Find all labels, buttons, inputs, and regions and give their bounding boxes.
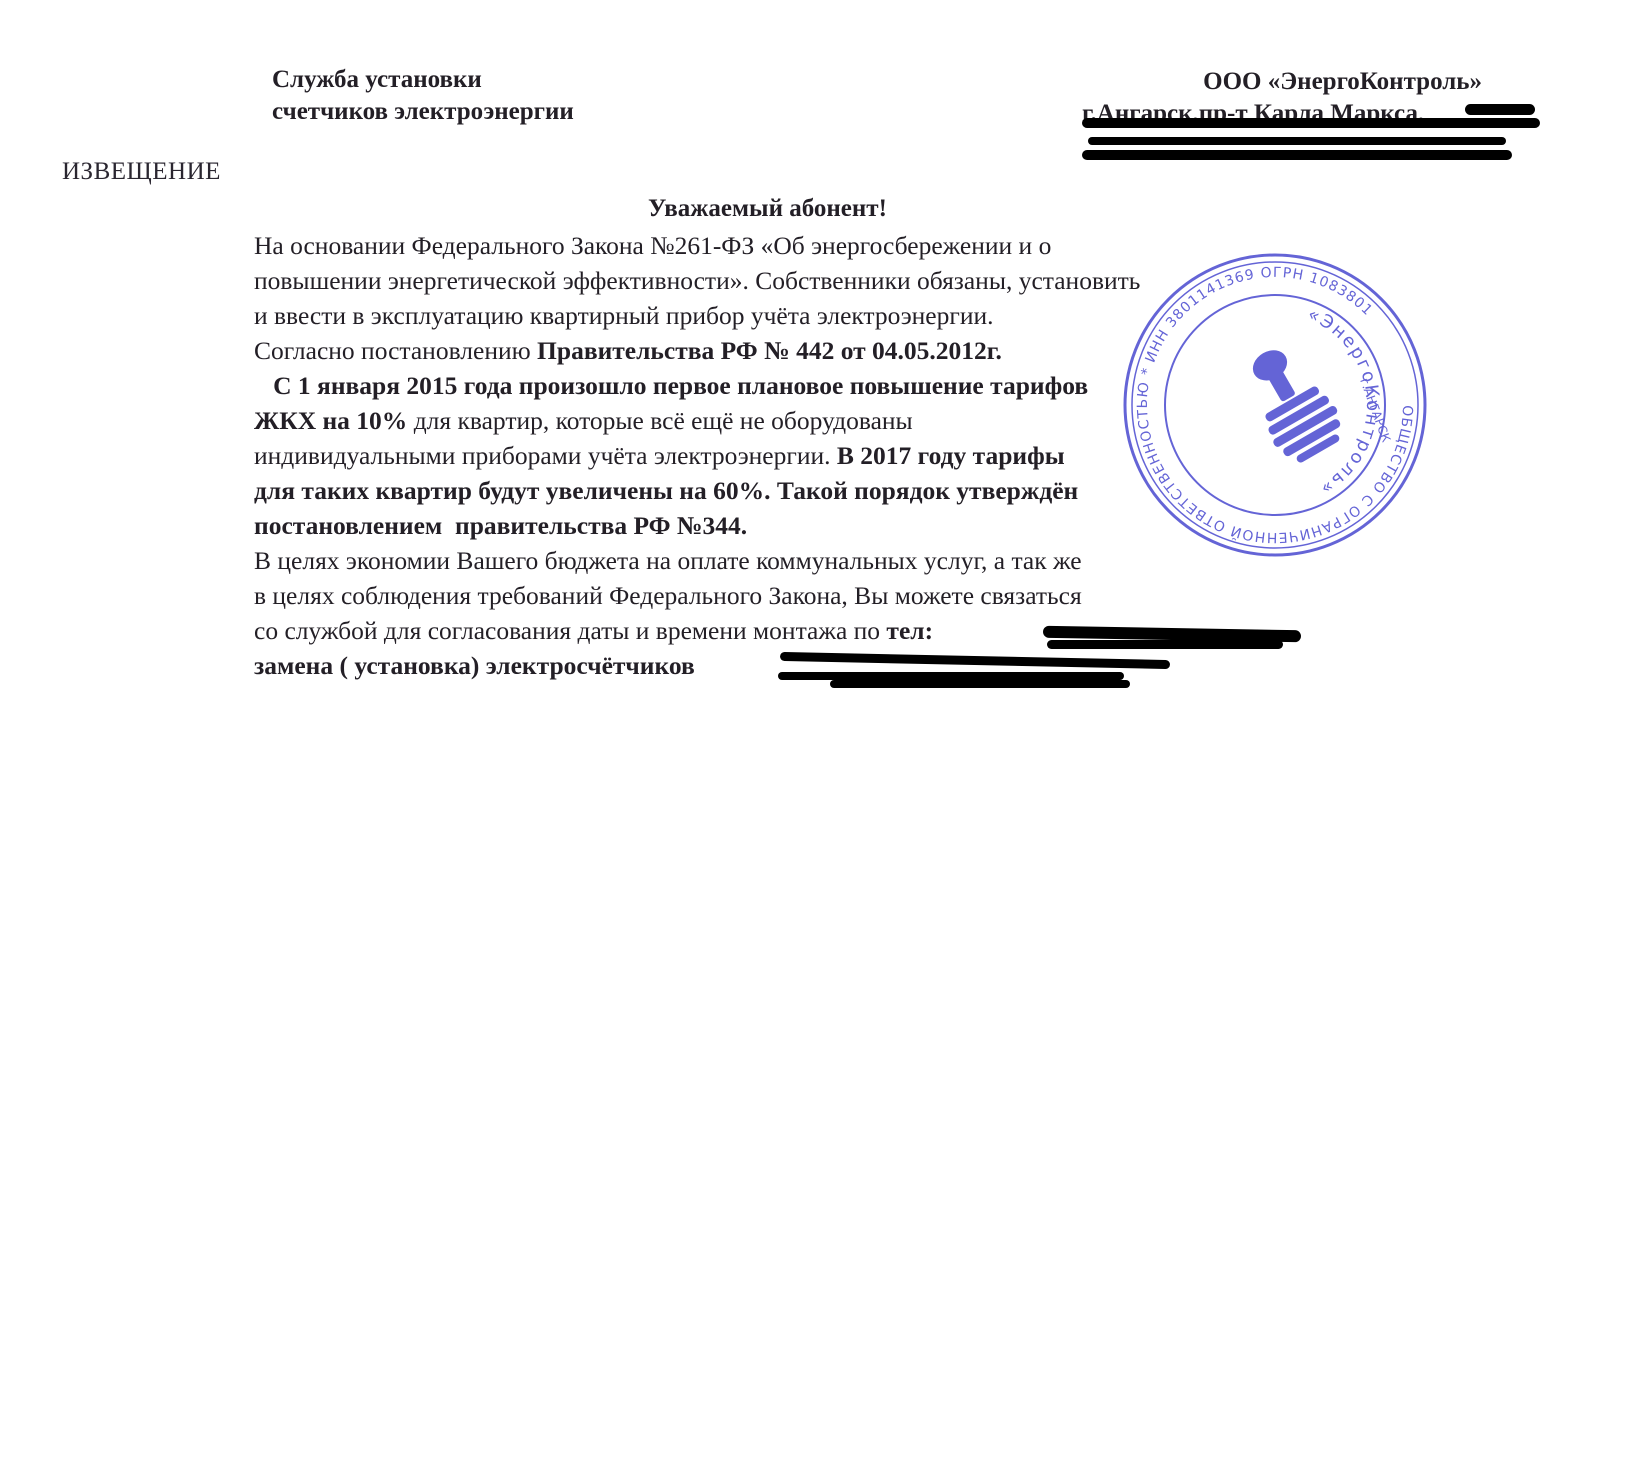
- body-text-plain: Согласно постановлению: [254, 336, 537, 365]
- body-line-8: для таких квартир будут увеличены на 60%…: [254, 473, 1140, 508]
- body-line-2: повышении энергетической эффективности».…: [254, 263, 1140, 298]
- body-line-5: С 1 января 2015 года произошло первое пл…: [254, 368, 1140, 403]
- body-line-9: постановлением правительства РФ №344.: [254, 508, 1140, 543]
- phone-label: тел:: [886, 616, 933, 645]
- service-description: замена ( установка) электросчётчиков: [254, 651, 695, 680]
- decree-reference: Правительства РФ № 442 от 04.05.2012г.: [537, 336, 1002, 365]
- service-name: Служба установки счетчиков электроэнерги…: [272, 64, 574, 128]
- greeting: Уважаемый абонент!: [648, 195, 887, 223]
- tariff-percent-60: для таких квартир будут увеличены на 60%…: [254, 476, 1078, 505]
- redaction-bar: [1088, 137, 1506, 145]
- redaction-bar: [1082, 150, 1512, 160]
- redaction-bar: [1082, 118, 1540, 128]
- tariff-percent-10: ЖКХ на 10%: [254, 406, 407, 435]
- body-line-7: индивидуальными приборами учёта электроэ…: [254, 438, 1140, 473]
- body-text-plain: для квартир, которые всё ещё не оборудов…: [407, 406, 912, 435]
- body-line-10: В целях экономии Вашего бюджета на оплат…: [254, 543, 1140, 578]
- body-line-6: ЖКХ на 10% для квартир, которые всё ещё …: [254, 403, 1140, 438]
- body-text-plain: со службой для согласования даты и време…: [254, 616, 886, 645]
- body-line-11: в целях соблюдения требований Федерально…: [254, 578, 1140, 613]
- tariff-2017: В 2017 году тарифы: [837, 441, 1065, 470]
- body-line-12: со службой для согласования даты и време…: [254, 613, 1140, 648]
- redaction-name: [778, 672, 1124, 680]
- service-name-line2: счетчиков электроэнергии: [272, 96, 574, 128]
- body-text: На основании Федерального Закона №261-ФЗ…: [254, 228, 1140, 683]
- notice-label: ИЗВЕЩЕНИЕ: [62, 158, 221, 186]
- body-text-plain: индивидуальными приборами учёта электроэ…: [254, 441, 837, 470]
- redaction-phone: [1047, 640, 1283, 649]
- company-name: ООО «ЭнергоКонтроль»: [1203, 66, 1482, 98]
- service-name-line1: Служба установки: [272, 64, 574, 96]
- body-line-1: На основании Федерального Закона №261-ФЗ…: [254, 228, 1140, 263]
- redaction-bar: [1465, 104, 1535, 115]
- redaction-name: [830, 680, 1130, 688]
- body-line-4: Согласно постановлению Правительства РФ …: [254, 333, 1140, 368]
- company-block: ООО «ЭнергоКонтроль»: [1203, 66, 1482, 98]
- decree-344: постановлением правительства РФ №344.: [254, 511, 747, 540]
- tariff-increase-2015: С 1 января 2015 года произошло первое пл…: [254, 371, 1088, 400]
- body-line-3: и ввести в эксплуатацию квартирный прибо…: [254, 298, 1140, 333]
- company-seal-icon: ОБЩЕСТВО С ОГРАНИЧЕННОЙ ОТВЕТСТВЕННОСТЬЮ…: [1120, 250, 1430, 560]
